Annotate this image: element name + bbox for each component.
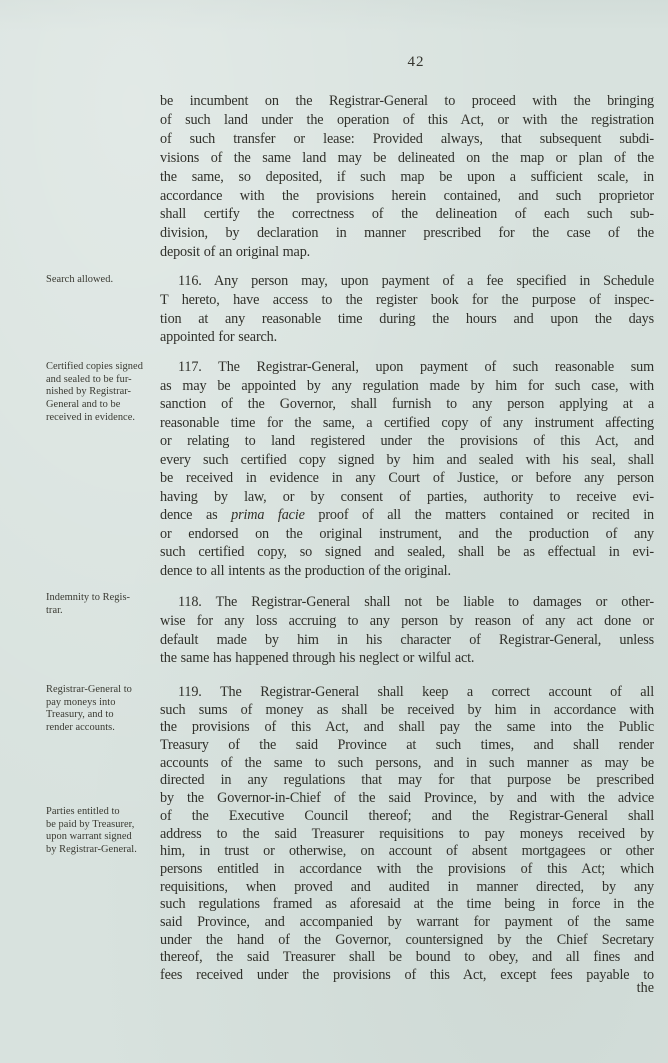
text-line: of the Executive Council thereof; and th… (160, 808, 654, 826)
text-line: of such land under the operation of this… (160, 111, 654, 130)
section-117: 117. The Registrar-General, upon payment… (160, 358, 654, 581)
text-line: the same, so deposited, if such map be u… (160, 168, 654, 187)
text-line: be received in evidence in any Court of … (160, 469, 654, 488)
section-116: 116. Any person may, upon payment of a f… (160, 272, 654, 347)
text-line: him, in trust or otherwise, on account o… (160, 843, 654, 861)
text-line: T hereto, have access to the register bo… (160, 291, 654, 310)
paragraph-115-continuation: be incumbent on the Registrar-General to… (160, 92, 654, 262)
text-line: such regulations framed as aforesaid at … (160, 896, 654, 914)
text-line: shall certify the correctness of the del… (160, 205, 654, 224)
text-line: accordance with the provisions herein co… (160, 187, 654, 206)
text-line: by the Governor-in-Chief of the said Pro… (160, 790, 654, 808)
text-line: Registrar-General to (46, 684, 160, 697)
document-page: 42 Search allowed. Certified copies sign… (0, 0, 668, 1063)
text-line: visions of the same land may be delineat… (160, 149, 654, 168)
text-line: General and to be (46, 399, 160, 412)
text-line: received in evidence. (46, 412, 160, 425)
text-line: requisitions, when proved and audited in… (160, 879, 654, 897)
text-line: render accounts. (46, 722, 160, 735)
text-line: default made by him in his character of … (160, 631, 654, 650)
text-line: Certified copies signed (46, 361, 160, 374)
text-line: division, by declaration in manner presc… (160, 224, 654, 243)
text-line: such sums of money as shall be received … (160, 702, 654, 720)
text-line: Indemnity to Regis- (46, 592, 160, 605)
text-line: be paid by Treasurer, (46, 819, 160, 832)
text-line: be incumbent on the Registrar-General to… (160, 92, 654, 111)
text-line: 118. The Registrar-General shall not be … (160, 593, 654, 612)
text-line: persons entitled in accordance with the … (160, 861, 654, 879)
text-line: of such transfer or lease: Provided alwa… (160, 130, 654, 149)
text-line: said Province, and accompanied by warran… (160, 914, 654, 932)
margin-note-119b: Parties entitled tobe paid by Treasurer,… (46, 806, 160, 857)
text-line: and sealed to be fur- (46, 374, 160, 387)
catchword: the (160, 980, 654, 997)
text-line: under the hand of the Governor, counters… (160, 932, 654, 950)
text-line: the same has happened through his neglec… (160, 649, 654, 668)
text-line: Treasury of the said Province at such ti… (160, 737, 654, 755)
text-line: reasonable time for the same, a certifie… (160, 414, 654, 433)
text-line: appointed for search. (160, 328, 654, 347)
section-118: 118. The Registrar-General shall not be … (160, 593, 654, 668)
text-line: deposit of an original map. (160, 243, 654, 262)
text-line: accounts of the same to such persons, an… (160, 755, 654, 773)
text-line: nished by Registrar- (46, 386, 160, 399)
text-line: having by law, or by consent of parties,… (160, 488, 654, 507)
text-line: dence to all intents as the production o… (160, 562, 654, 581)
text-line: every such certified copy signed by him … (160, 451, 654, 470)
margin-note-116: Search allowed. (46, 274, 160, 287)
page-number: 42 (160, 54, 654, 71)
text-line: wise for any loss accruing to any person… (160, 612, 654, 631)
section-119: 119. The Registrar-General shall keep a … (160, 684, 654, 985)
text-line: tion at any reasonable time during the h… (160, 310, 654, 329)
margin-note-118: Indemnity to Regis-trar. (46, 592, 160, 617)
text-line: address to the said Treasurer requisitio… (160, 826, 654, 844)
text-line: such certified copy, so signed and seale… (160, 543, 654, 562)
text-line: by Registrar-General. (46, 844, 160, 857)
margin-note-119a: Registrar-General topay moneys intoTreas… (46, 684, 160, 735)
text-line: or endorsed on the original instrument, … (160, 525, 654, 544)
text-line: upon warrant signed (46, 831, 160, 844)
text-line: or relating to land registered under the… (160, 432, 654, 451)
text-line: trar. (46, 605, 160, 618)
text-line: thereof, the said Treasurer shall be bou… (160, 949, 654, 967)
text-line: pay moneys into (46, 697, 160, 710)
text-line: Parties entitled to (46, 806, 160, 819)
text-line: dence as prima facie proof of all the ma… (160, 506, 654, 525)
text-line: directed in any regulations that may for… (160, 772, 654, 790)
text-line: Search allowed. (46, 274, 160, 287)
text-line: as may be appointed by any regulation ma… (160, 377, 654, 396)
text-line: 117. The Registrar-General, upon payment… (160, 358, 654, 377)
text-line: 119. The Registrar-General shall keep a … (160, 684, 654, 702)
margin-note-117: Certified copies signedand sealed to be … (46, 361, 160, 425)
text-line: the provisions of this Act, and shall pa… (160, 719, 654, 737)
text-line: sanction of the Governor, shall furnish … (160, 395, 654, 414)
text-line: 116. Any person may, upon payment of a f… (160, 272, 654, 291)
text-line: Treasury, and to (46, 709, 160, 722)
